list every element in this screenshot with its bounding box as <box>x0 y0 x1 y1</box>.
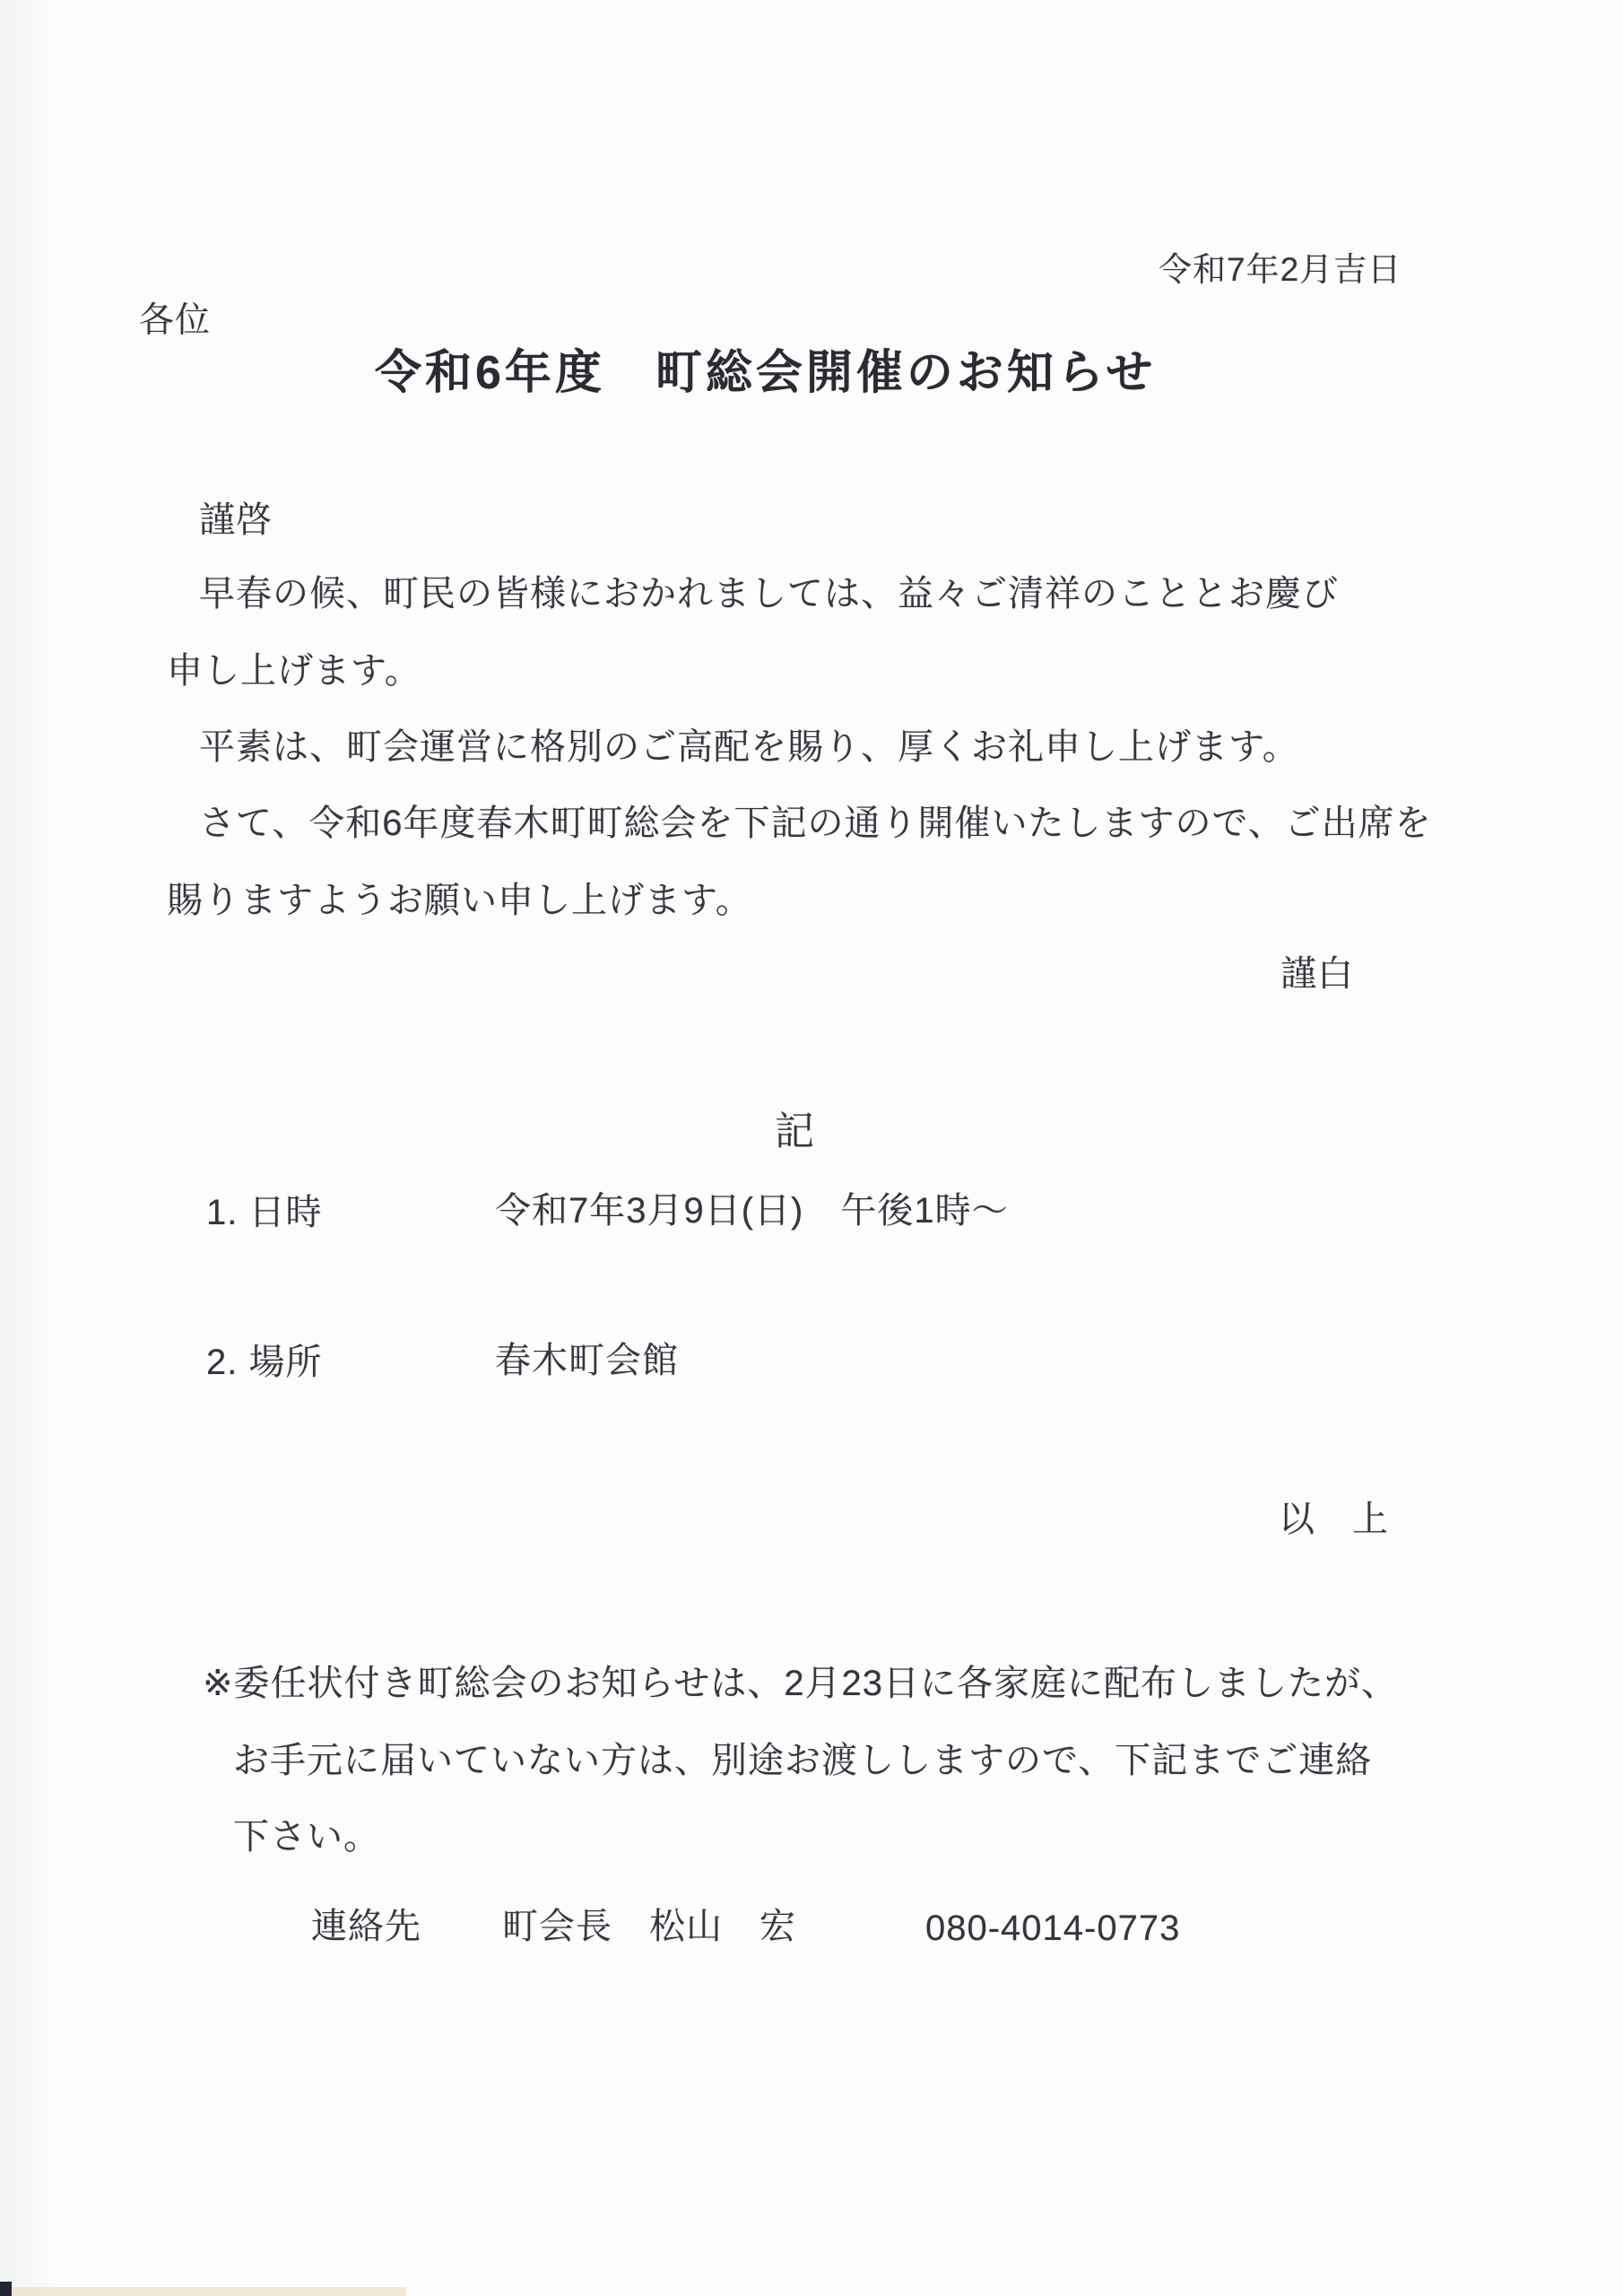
note-line: お手元に届いていない方は、別途お渡ししますので、下記までご連絡 <box>233 1741 1372 1780</box>
salutation: 謹啓 <box>199 500 273 540</box>
record-marker: 記 <box>775 1110 815 1153</box>
item-datetime-label: 1. 日時 <box>206 1193 322 1232</box>
document-title: 令和6年度 町総会開催のお知らせ <box>375 348 1156 399</box>
document-date: 令和7年2月吉日 <box>1159 252 1402 289</box>
contact-phone: 080-4014-0773 <box>925 1909 1180 1948</box>
note-line: 下さい。 <box>233 1817 380 1857</box>
scan-artifact-strip <box>12 2287 406 2296</box>
document-page: 令和7年2月吉日 各位 令和6年度 町総会開催のお知らせ 謹啓 早春の候、町民の… <box>0 0 1623 2296</box>
scan-edge-shading <box>0 0 81 2296</box>
body-line: さて、令和6年度春木町町総会を下記の通り開催いたしますので、ご出席を <box>199 804 1432 843</box>
body-line: 早春の候、町民の皆様におかれましては、益々ご清祥のこととお慶び <box>199 574 1339 613</box>
item-place-value: 春木町会館 <box>495 1341 679 1380</box>
item-place-label: 2. 場所 <box>206 1343 322 1382</box>
body-line: 平素は、町会運営に格別のご高配を賜り、厚くお礼申し上げます。 <box>199 727 1299 767</box>
body-line: 申し上げます。 <box>167 651 421 691</box>
note-line: ※委任状付き町総会のお知らせは、2月23日に各家庭に配布しましたが、 <box>203 1664 1398 1703</box>
item-datetime-value: 令和7年3月9日(日) 午後1時～ <box>495 1191 1009 1231</box>
body-line: 賜りますようお願い申し上げます。 <box>167 881 752 920</box>
contact-person: 町会長 松山 宏 <box>502 1907 796 1946</box>
addressee: 各位 <box>139 302 211 341</box>
end-marker: 以 上 <box>1279 1500 1389 1539</box>
scan-artifact-corner <box>0 2282 12 2296</box>
contact-label: 連絡先 <box>311 1907 421 1946</box>
closing-word: 謹白 <box>1280 954 1354 994</box>
